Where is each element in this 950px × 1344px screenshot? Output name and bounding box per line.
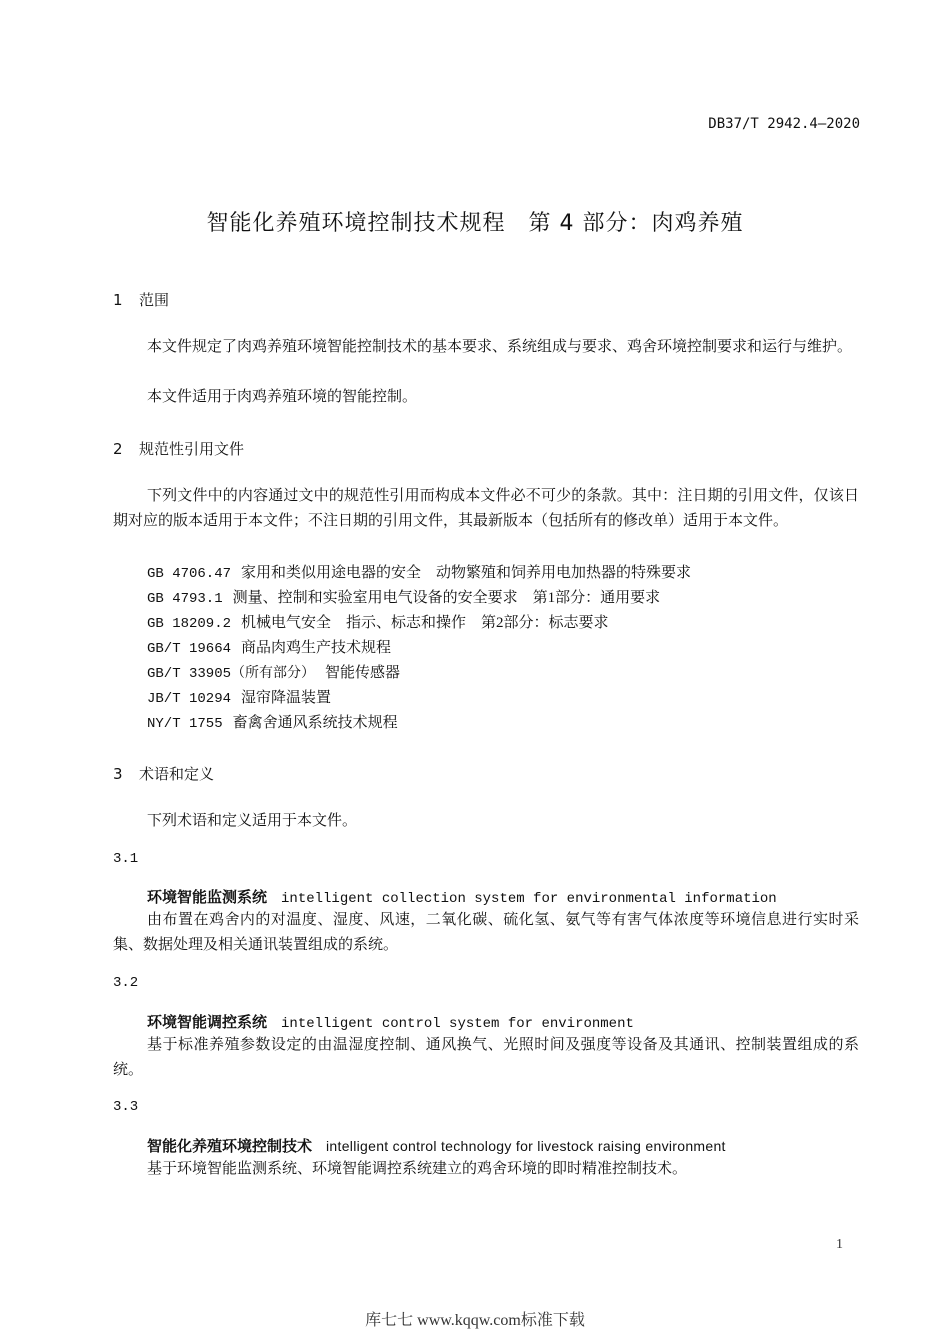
reference-item: NY/T 1755畜禽舍通风系统技术规程	[147, 711, 398, 732]
term-entry: 环境智能监测系统intelligent collection system fo…	[147, 886, 777, 907]
reference-item: GB 4793.1测量、控制和实验室用电气设备的安全要求 第1部分：通用要求	[147, 586, 660, 607]
section-number: 3	[113, 765, 139, 783]
term-number: 3.1	[113, 851, 138, 867]
paragraph: 下列术语和定义适用于本文件。	[113, 809, 859, 834]
term-number: 3.2	[113, 975, 138, 991]
reference-code: NY/T 1755	[147, 716, 223, 732]
reference-title: 湿帘降温装置	[241, 690, 331, 706]
term-en: intelligent control technology for lives…	[326, 1138, 726, 1154]
reference-code: GB 4793.1	[147, 591, 223, 607]
term-zh: 智能化养殖环境控制技术	[147, 1137, 312, 1155]
watermark-text: 库七七 www.kqqw.com标准下载	[0, 1307, 950, 1330]
term-en: intelligent control system for environme…	[281, 1016, 634, 1032]
term-entry: 智能化养殖环境控制技术intelligent control technolog…	[147, 1135, 726, 1156]
reference-item: JB/T 10294湿帘降温装置	[147, 686, 331, 707]
term-definition: 基于标准养殖参数设定的由温湿度控制、通风换气、光照时间及强度等设备及其通讯、控制…	[113, 1033, 859, 1083]
reference-item: GB/T 33905（所有部分）智能传感器	[147, 661, 400, 682]
reference-code: GB 18209.2	[147, 616, 231, 632]
section-title: 术语和定义	[139, 765, 214, 783]
term-definition: 基于环境智能监测系统、环境智能调控系统建立的鸡舍环境的即时精准控制技术。	[113, 1157, 859, 1182]
reference-code: GB 4706.47	[147, 566, 231, 582]
section-heading-3: 3术语和定义	[113, 763, 214, 784]
reference-item: GB 4706.47家用和类似用途电器的安全 动物繁殖和饲养用电加热器的特殊要求	[147, 561, 691, 582]
reference-item: GB/T 19664商品肉鸡生产技术规程	[147, 636, 391, 657]
section-title: 范围	[139, 291, 169, 309]
standard-code: DB37/T 2942.4—2020	[708, 116, 860, 132]
section-number: 2	[113, 440, 139, 458]
section-title: 规范性引用文件	[139, 440, 244, 458]
reference-title: 机械电气安全 指示、标志和操作 第2部分：标志要求	[241, 615, 609, 631]
reference-title: 畜禽舍通风系统技术规程	[233, 715, 398, 731]
reference-code: JB/T 10294	[147, 691, 231, 707]
section-heading-1: 1范围	[113, 289, 169, 310]
section-heading-2: 2规范性引用文件	[113, 438, 244, 459]
term-en: intelligent collection system for enviro…	[281, 891, 777, 907]
term-entry: 环境智能调控系统intelligent control system for e…	[147, 1011, 634, 1032]
section-number: 1	[113, 291, 139, 309]
document-page: DB37/T 2942.4—2020 智能化养殖环境控制技术规程 第 4 部分：…	[0, 0, 950, 1344]
reference-title: 商品肉鸡生产技术规程	[241, 640, 391, 656]
reference-title: 测量、控制和实验室用电气设备的安全要求 第1部分：通用要求	[233, 590, 661, 606]
reference-code: GB/T 33905（所有部分）	[147, 666, 315, 682]
paragraph: 本文件规定了肉鸡养殖环境智能控制技术的基本要求、系统组成与要求、鸡舍环境控制要求…	[113, 335, 859, 360]
reference-code: GB/T 19664	[147, 641, 231, 657]
paragraph: 下列文件中的内容通过文中的规范性引用而构成本文件必不可少的条款。其中：注日期的引…	[113, 484, 859, 534]
reference-item: GB 18209.2机械电气安全 指示、标志和操作 第2部分：标志要求	[147, 611, 609, 632]
reference-title: 智能传感器	[325, 665, 400, 681]
term-definition: 由布置在鸡舍内的对温度、湿度、风速，二氧化碳、硫化氢、氨气等有害气体浓度等环境信…	[113, 908, 859, 958]
document-title: 智能化养殖环境控制技术规程 第 4 部分：肉鸡养殖	[0, 206, 950, 237]
term-zh: 环境智能调控系统	[147, 1013, 267, 1031]
reference-title: 家用和类似用途电器的安全 动物繁殖和饲养用电加热器的特殊要求	[241, 565, 691, 581]
term-number: 3.3	[113, 1099, 138, 1115]
page-number: 1	[836, 1237, 843, 1253]
paragraph: 本文件适用于肉鸡养殖环境的智能控制。	[113, 385, 859, 410]
term-zh: 环境智能监测系统	[147, 888, 267, 906]
